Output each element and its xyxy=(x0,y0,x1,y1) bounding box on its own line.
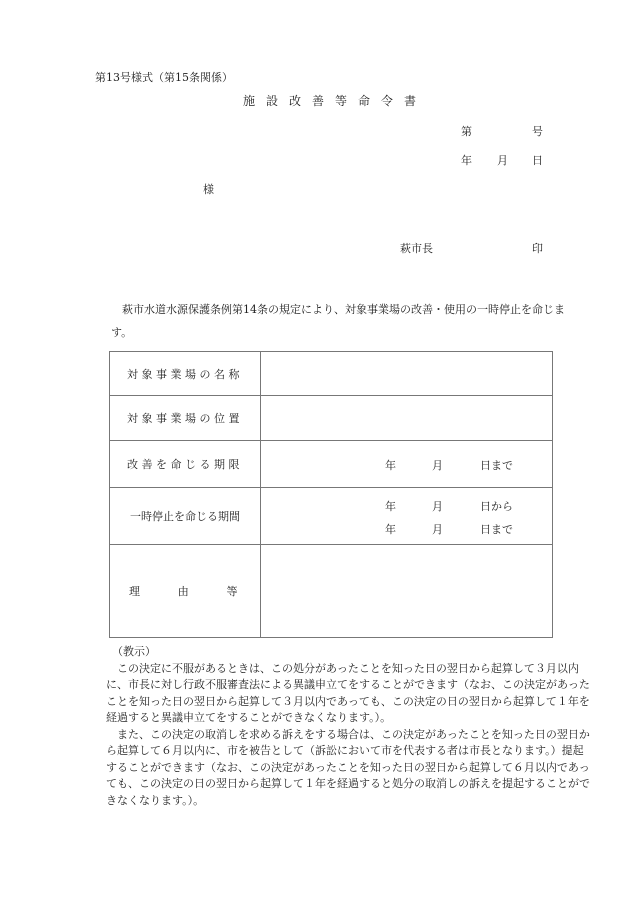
facility-location-field[interactable] xyxy=(261,396,553,441)
facility-location-label: 対象事業場の位置 xyxy=(110,396,261,441)
doc-number-suffix: 号 xyxy=(532,123,543,139)
table-row-facility-name: 対象事業場の名称 xyxy=(110,352,553,396)
reason-label-part: 理 xyxy=(129,583,144,599)
issuer-name: 萩市長 xyxy=(400,240,433,256)
seal-mark: 印 xyxy=(532,240,543,256)
suspension-to-year: 年 xyxy=(385,521,396,537)
table-row-improvement-deadline: 改善を命じる期限 年 月 日まで xyxy=(110,441,553,488)
suspension-from-month: 月 xyxy=(432,498,443,514)
notice-paragraph-lawsuit: また、この決定の取消しを求める訴えをする場合は、この決定があったことを知った日の… xyxy=(106,727,592,810)
notice-paragraph-objection: この決定に不服があるときは、この処分があったことを知った日の翌日から起算して３月… xyxy=(106,661,592,727)
document-title: 施設改善等命令書 xyxy=(243,92,427,109)
facility-name-field[interactable] xyxy=(261,352,553,396)
addressee-suffix: 様 xyxy=(203,181,214,197)
reason-label: 理 由 等 xyxy=(110,545,261,638)
deadline-day: 日まで xyxy=(480,457,513,473)
order-details-table: 対象事業場の名称 対象事業場の位置 改善を命じる期限 年 月 日まで 一時停止を… xyxy=(109,351,553,638)
suspension-period-field[interactable]: 年 月 日から 年 月 日まで xyxy=(261,488,553,545)
reason-field[interactable] xyxy=(261,545,553,638)
doc-number-label: 第 xyxy=(461,123,472,139)
table-row-reason: 理 由 等 xyxy=(110,545,553,638)
table-row-facility-location: 対象事業場の位置 xyxy=(110,396,553,441)
suspension-from-year: 年 xyxy=(385,498,396,514)
order-statement: 萩市水道水源保護条例第14条の規定により、対象事業場の改善・使用の一時停止を命じ… xyxy=(111,298,581,344)
appeal-notice: （教示） この決定に不服があるときは、この処分があったことを知った日の翌日から起… xyxy=(112,644,592,809)
reason-label-part: 等 xyxy=(227,583,242,599)
suspension-to-month: 月 xyxy=(432,521,443,537)
improvement-deadline-field[interactable]: 年 月 日まで xyxy=(261,441,553,488)
deadline-month: 月 xyxy=(432,457,443,473)
suspension-from-day: 日から xyxy=(480,498,513,514)
reason-label-part: 由 xyxy=(178,583,193,599)
notice-heading: （教示） xyxy=(112,644,592,661)
improvement-deadline-label: 改善を命じる期限 xyxy=(110,441,261,488)
facility-name-label: 対象事業場の名称 xyxy=(110,352,261,396)
suspension-period-label: 一時停止を命じる期間 xyxy=(110,488,261,545)
form-number: 第13号様式（第15条関係） xyxy=(95,69,233,85)
issue-date-day: 日 xyxy=(532,152,543,168)
suspension-to-day: 日まで xyxy=(480,521,513,537)
issue-date-year: 年 xyxy=(461,152,472,168)
deadline-year: 年 xyxy=(385,457,396,473)
table-row-suspension-period: 一時停止を命じる期間 年 月 日から 年 月 日まで xyxy=(110,488,553,545)
issue-date-month: 月 xyxy=(497,152,508,168)
